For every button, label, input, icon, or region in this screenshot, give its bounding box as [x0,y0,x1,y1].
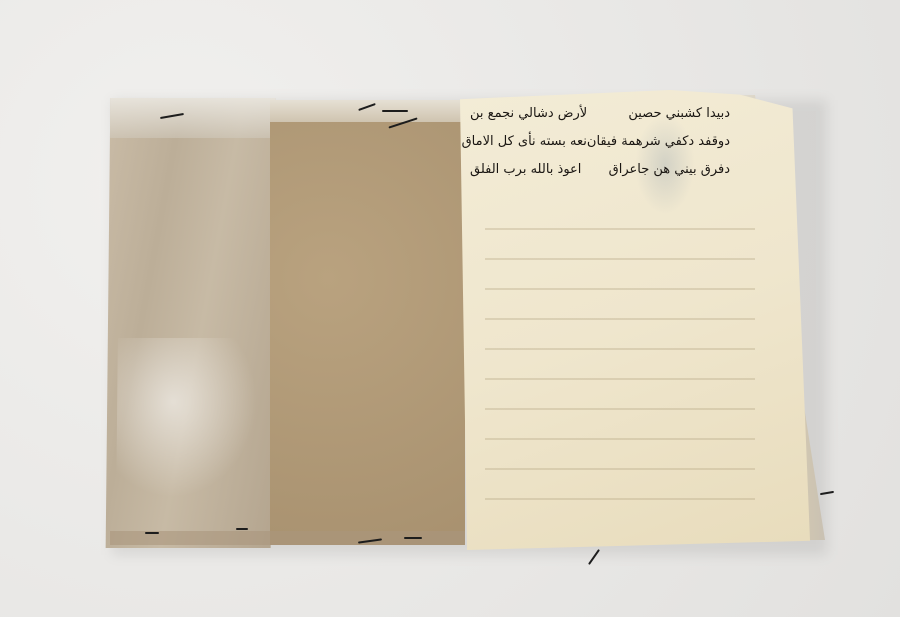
binding-thread [404,537,422,539]
text-line: دفرق بيني هن جاعراق اعوذ بالله برب الفلق [470,156,730,184]
text-left: اعوذ بالله برب الفلق [470,156,581,184]
binding-thread [382,110,408,112]
text-left: لأرض دشالي نجمع بن [470,100,587,128]
manuscript-text: دبيدا كشبني حصين لأرض دشالي نجمع بن دوقف… [470,100,730,184]
top-tape [110,98,275,138]
text-right: دفرق بيني هن جاعراق [609,156,730,184]
text-line: دوقفد دكفي شرهمة فيقان نعه بسته نأى كل ا… [470,128,730,156]
text-right: دبيدا كشبني حصين [628,100,730,128]
text-line: دبيدا كشبني حصين لأرض دشالي نجمع بن [470,100,730,128]
top-tape [270,100,465,122]
text-left: نعه بسته نأى كل الاماق [462,128,587,156]
binding-thread [236,528,248,530]
plastic-covered-flap [106,98,276,548]
cardboard-cover [270,100,465,545]
binding-thread [145,532,159,534]
text-right: دوقفد دكفي شرهمة فيقان [587,128,730,156]
faded-text-lines [485,200,755,500]
photo-scene: دبيدا كشبني حصين لأرض دشالي نجمع بن دوقف… [0,0,900,617]
plastic-sheen [116,338,258,498]
